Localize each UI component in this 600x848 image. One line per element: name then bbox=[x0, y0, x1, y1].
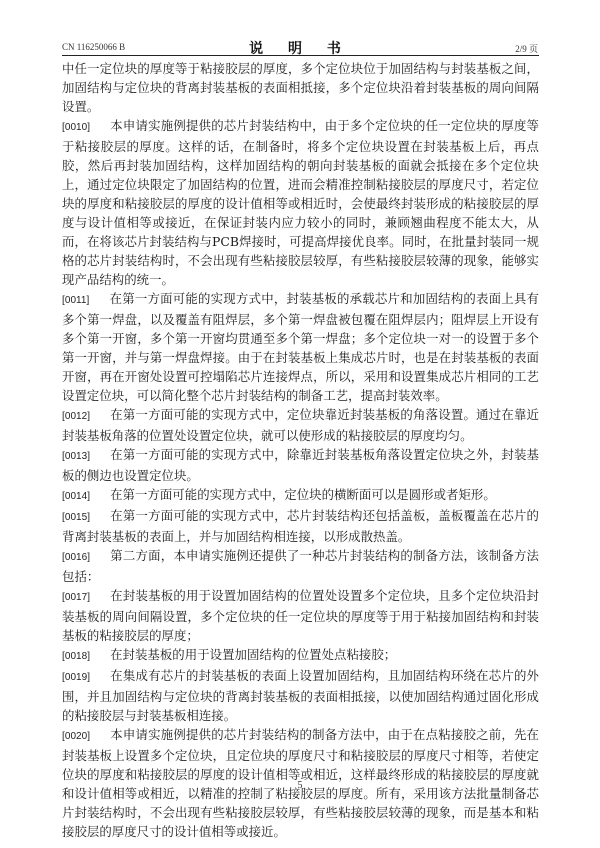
paragraph-number: [0015] bbox=[62, 512, 90, 523]
paragraph-0017: [0017]在封装基板的用于设置加固结构的位置处设置多个定位块，且多个定位块沿封… bbox=[62, 586, 539, 645]
paragraph-number: [0020] bbox=[62, 731, 90, 742]
paragraph-0013: [0013]在第一方面可能的实现方式中，除靠近封装基板角落设置定位块之外，封装基… bbox=[62, 445, 539, 485]
paragraph-text: 中任一定位块的厚度等于粘接胶层的厚度，多个定位块位于加固结构与封装基板之间，加固… bbox=[62, 61, 539, 114]
paragraph-text: 第二方面，本申请实施例还提供了一种芯片封装结构的制备方法，该制备方法包括： bbox=[62, 548, 539, 584]
paragraph-0015: [0015]在第一方面可能的实现方式中，芯片封装结构还包括盖板，盖板覆盖在芯片的… bbox=[62, 506, 539, 546]
page-number: 5 bbox=[0, 780, 600, 791]
paragraph-text: 在第一方面可能的实现方式中，除靠近封装基板角落设置定位块之外，封装基板的侧边也设… bbox=[62, 447, 539, 483]
paragraph-number: [0018] bbox=[62, 651, 90, 662]
paragraph-text: 在封装基板的用于设置加固结构的位置处设置多个定位块，且多个定位块沿封装基板的周向… bbox=[62, 588, 539, 643]
paragraph-number: [0016] bbox=[62, 552, 90, 563]
paragraph-continuation: 中任一定位块的厚度等于粘接胶层的厚度，多个定位块位于加固结构与封装基板之间，加固… bbox=[62, 59, 539, 116]
paragraph-number: [0011] bbox=[62, 295, 89, 306]
paragraph-number: [0014] bbox=[62, 491, 90, 502]
page-indicator: 2/9 页 bbox=[515, 42, 538, 55]
paragraph-number: [0019] bbox=[62, 672, 90, 683]
paragraph-number: [0013] bbox=[62, 451, 90, 462]
paragraph-0010: [0010]本申请实施例提供的芯片封装结构中，由于多个定位块的任一定位块的厚度等… bbox=[62, 116, 539, 289]
paragraph-text: 在第一方面可能的实现方式中，封装基板的承载芯片和加固结构的表面上具有多个第一焊盘… bbox=[62, 291, 539, 403]
paragraph-text: 在集成有芯片的封装基板的表面上设置加固结构，且加固结构环绕在芯片的外围，并且加固… bbox=[62, 668, 539, 723]
paragraph-0014: [0014]在第一方面可能的实现方式中，定位块的横断面可以是圆形或者矩形。 bbox=[62, 485, 539, 506]
paragraph-text: 在第一方面可能的实现方式中，定位块的横断面可以是圆形或者矩形。 bbox=[110, 487, 496, 502]
paragraph-number: [0012] bbox=[62, 411, 90, 422]
header-divider bbox=[62, 55, 539, 56]
paragraph-0012: [0012]在第一方面可能的实现方式中，定位块靠近封装基板的角落设置。通过在靠近… bbox=[62, 405, 539, 445]
paragraph-text: 在第一方面可能的实现方式中，芯片封装结构还包括盖板，盖板覆盖在芯片的背离封装基板… bbox=[62, 508, 539, 544]
paragraph-number: [0017] bbox=[62, 592, 90, 603]
paragraph-0019: [0019]在集成有芯片的封装基板的表面上设置加固结构，且加固结构环绕在芯片的外… bbox=[62, 666, 539, 725]
paragraph-0018: [0018]在封装基板的用于设置加固结构的位置处点粘接胶； bbox=[62, 645, 539, 666]
page-header: CN 116250066 B 说 明 书 2/9 页 bbox=[62, 40, 538, 54]
paragraph-0011: [0011]在第一方面可能的实现方式中，封装基板的承载芯片和加固结构的表面上具有… bbox=[62, 289, 539, 405]
paragraph-number: [0010] bbox=[62, 122, 90, 133]
paragraph-0016: [0016]第二方面，本申请实施例还提供了一种芯片封装结构的制备方法，该制备方法… bbox=[62, 546, 539, 586]
paragraph-text: 本申请实施例提供的芯片封装结构中，由于多个定位块的任一定位块的厚度等于粘接胶层的… bbox=[62, 118, 539, 287]
paragraph-text: 在封装基板的用于设置加固结构的位置处点粘接胶； bbox=[110, 647, 396, 662]
document-body: 中任一定位块的厚度等于粘接胶层的厚度，多个定位块位于加固结构与封装基板之间，加固… bbox=[62, 59, 539, 841]
paragraph-text: 在第一方面可能的实现方式中，定位块靠近封装基板的角落设置。通过在靠近封装基板角落… bbox=[62, 407, 539, 443]
